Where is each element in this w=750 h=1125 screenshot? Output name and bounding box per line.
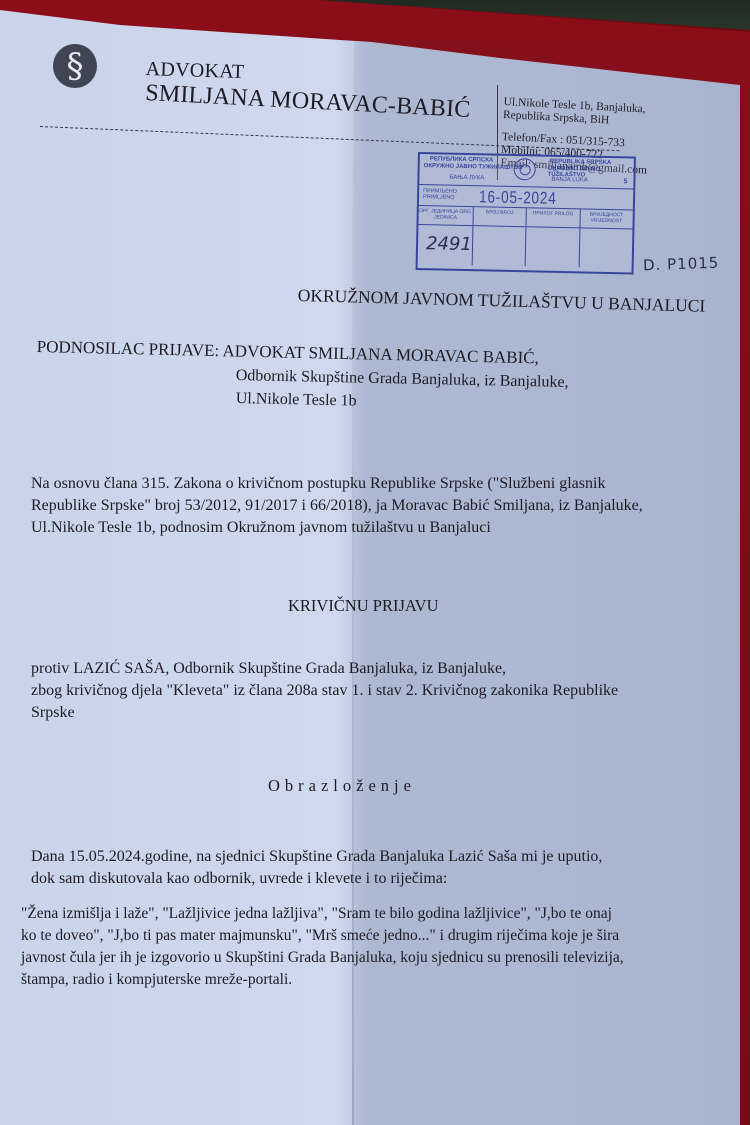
accused-paragraph: protiv LAZIĆ SAŠA, Odbornik Skupštine Gr… (31, 658, 721, 724)
paragraph-line: Ul.Nikole Tesle 1b, podnosim Okružnom ja… (31, 517, 721, 539)
paragraph-line: štampa, radio i kompjuterske mreže-porta… (21, 969, 711, 991)
stamp-header-number: 5 (623, 178, 627, 185)
paragraph-line: Na osnovu člana 315. Zakona o krivičnom … (31, 473, 721, 495)
stamp-column-org-unit: ОРГ. ЈЕДИНИЦА ORG. JEDINICA 2491 (418, 206, 474, 265)
reception-stamp: РЕПУБЛИКА СРПСКА ОКРУЖНО ЈАВНО ТУЖИЛАШТВ… (416, 152, 636, 275)
paragraph-line: Dana 15.05.2024.godine, na sjednici Skup… (31, 846, 721, 868)
stamp-grid: ОРГ. ЈЕДИНИЦА ORG. JEDINICA 2491 БРОЈ BR… (418, 206, 633, 268)
document-title: KRIVIČNU PRIJAVU (288, 596, 439, 616)
reasoning-paragraph-2: "Žena izmišlja i laže", "Lažljivice jedn… (21, 903, 711, 991)
submitter-address: Ul.Nikole Tesle 1b (236, 390, 357, 411)
intro-paragraph: Na osnovu člana 315. Zakona o krivičnom … (31, 473, 721, 539)
addressee: OKRUŽNOM JAVNOM TUŽILAŠTVU U BANJALUCI (297, 285, 705, 317)
paragraph-section-logo-icon: § (53, 44, 97, 88)
paragraph-line: zbog krivičnog djela "Kleveta" iz člana … (31, 680, 721, 702)
stamp-column-header: ОРГ. ЈЕДИНИЦА ORG. JEDINICA (418, 206, 472, 226)
paragraph-line: dok sam diskutovala kao odbornik, uvrede… (31, 868, 721, 890)
stamp-column-value: 2491 (418, 225, 473, 265)
stamp-column-attachment: ПРИЛОГ PRILOG (526, 208, 581, 267)
letterhead-name: SMILJANA MORAVAC-BABIĆ (145, 80, 472, 124)
stamp-header-left-line2: ОКРУЖНО ЈАВНО ТУЖИЛАШТВО (424, 163, 523, 171)
stamp-column-value (579, 228, 632, 268)
reasoning-paragraph-1: Dana 15.05.2024.godine, na sjednici Skup… (31, 846, 721, 890)
stamp-header-right-line3: BANJA LUKA (551, 177, 587, 184)
paragraph-line: ko te doveo", "J,bo ti pas mater majmuns… (21, 925, 711, 947)
submitter-line: PODNOSILAC PRIJAVE: ADVOKAT SMILJANA MOR… (37, 337, 540, 368)
stamp-column-value-amount: ВРИЈЕДНОСТ VRIJEDNOST (579, 209, 633, 268)
paragraph-line: Republike Srpske" broj 53/2012, 91/2017 … (31, 495, 721, 517)
stamp-column-header: ПРИЛОГ PRILOG (527, 208, 580, 228)
stamp-header: РЕПУБЛИКА СРПСКА ОКРУЖНО ЈАВНО ТУЖИЛАШТВ… (419, 154, 634, 189)
stamp-received-label: ПРИМЉЕНО PRIMLJENO (423, 188, 473, 201)
paragraph-line: "Žena izmišlja i laže", "Lažljivice jedn… (21, 903, 711, 925)
paragraph-line: protiv LAZIĆ SAŠA, Odbornik Skupštine Gr… (31, 658, 721, 680)
document-content: § ADVOKAT SMILJANA MORAVAC-BABIĆ Ul.Niko… (0, 0, 750, 1125)
submitter-role: Odbornik Skupštine Grada Banjaluka, iz B… (236, 367, 569, 392)
stamp-date-row: ПРИМЉЕНО PRIMLJENO 16-05-2024 (419, 185, 633, 210)
paragraph-line: Srpske (31, 702, 721, 724)
stamp-column-header: ВРИЈЕДНОСТ VRIJEDNOST (580, 209, 633, 229)
paragraph-line: javnost čula jer ih je izgovorio u Skupš… (21, 947, 711, 969)
reasoning-title: Obrazloženje (268, 776, 416, 796)
stamp-column-value (472, 226, 525, 266)
stamp-header-right-line1: REPUBLIKA SRPSKA (550, 159, 612, 166)
coat-of-arms-icon (513, 158, 535, 180)
stamp-column-number: БРОЈ BROJ (472, 207, 527, 266)
stamp-column-header: БРОЈ BROJ (473, 207, 526, 227)
stamp-column-value (526, 227, 579, 267)
stamp-received-date: 16-05-2024 (479, 187, 557, 209)
handwritten-note: D. P1015 (643, 254, 720, 275)
stamp-header-left-line3: БАЊА ЛУКА (449, 175, 484, 182)
